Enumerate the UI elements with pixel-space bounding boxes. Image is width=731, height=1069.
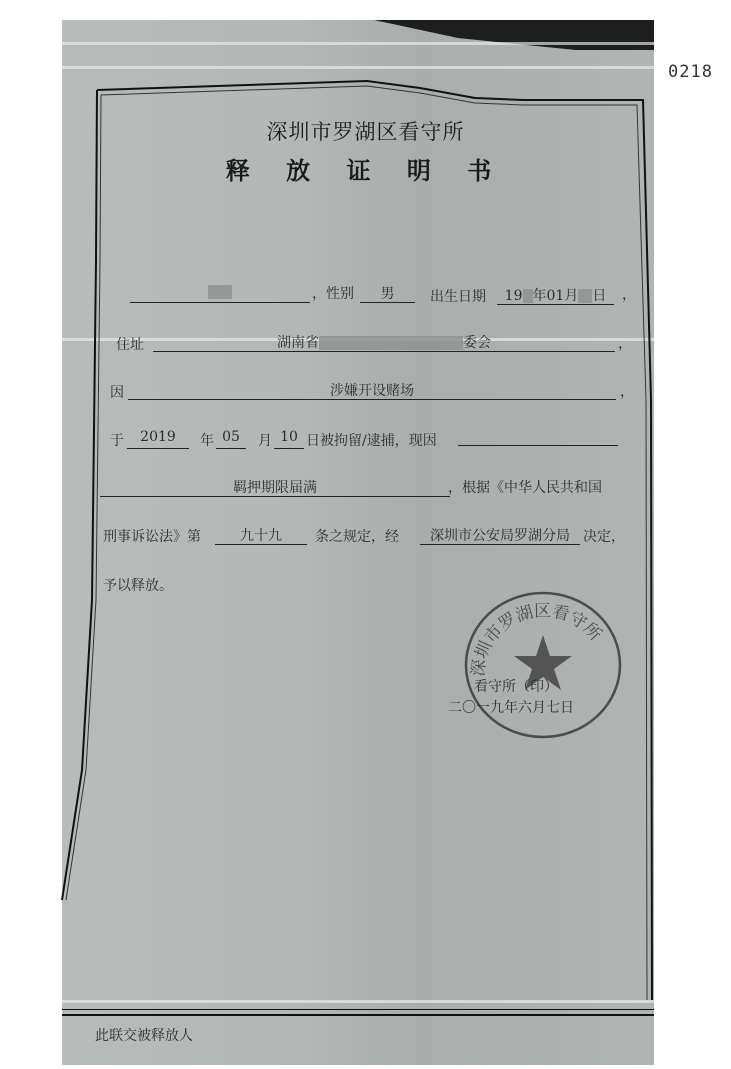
detained-day-underline xyxy=(274,448,304,449)
reason-underline xyxy=(128,399,616,400)
redacted-birth-year xyxy=(523,289,533,303)
current-reason-underline xyxy=(458,445,618,446)
address-underline xyxy=(153,351,615,352)
deciding-authority: 深圳市公安局罗湖分局 xyxy=(420,525,580,545)
issue-date: 二〇一九年六月七日 xyxy=(448,697,574,717)
gender-value: 男 xyxy=(360,283,415,303)
detained-prefix: 于 xyxy=(110,430,124,450)
gender-label: ，性别 xyxy=(312,283,354,303)
redacted-name xyxy=(208,285,232,299)
footer-divider xyxy=(62,1009,654,1010)
birth-date-value: 19年01月日 xyxy=(497,285,614,305)
release-reason-underline xyxy=(100,496,450,497)
comma: ， xyxy=(618,333,632,353)
comma: ， xyxy=(620,381,634,401)
birth-year-prefix: 19 xyxy=(505,288,523,304)
reason-value: 涉嫌开设赌场 xyxy=(128,380,616,400)
footer-divider xyxy=(62,1014,654,1016)
birth-day-suffix: 日 xyxy=(592,288,606,304)
detained-day: 10 xyxy=(274,429,304,445)
birth-month: 年01月 xyxy=(533,288,579,304)
document-title: 释 放 证 明 书 xyxy=(0,151,731,186)
article-underline xyxy=(215,544,307,545)
gender-underline xyxy=(360,302,415,303)
redacted-birth-day xyxy=(578,289,592,303)
article-number: 九十九 xyxy=(215,525,307,545)
authority-underline xyxy=(420,544,580,545)
month-label: 月 xyxy=(258,430,272,450)
address-province: 湖南省 xyxy=(277,335,319,351)
detained-year-underline xyxy=(127,448,189,449)
reason-label: 因 xyxy=(110,382,124,402)
release-statement: 予以释放。 xyxy=(103,575,173,595)
year-label: 年 xyxy=(200,430,214,450)
law-prefix: ，根据《中华人民共和国 xyxy=(448,477,602,497)
detained-suffix: 日被拘留/逮捕，现因 xyxy=(306,430,437,450)
article-suffix: 条之规定，经 xyxy=(315,526,399,546)
name-field xyxy=(130,284,310,300)
detained-month-underline xyxy=(216,448,246,449)
detained-month: 05 xyxy=(216,429,246,445)
institution-name: 深圳市罗湖区看守所 xyxy=(0,116,731,146)
issuer-label: 看守所（印） xyxy=(474,676,558,696)
decision-suffix: 决定， xyxy=(583,526,625,546)
address-label: 住址 xyxy=(116,334,144,354)
official-seal: 深圳市罗湖区看守所 xyxy=(463,590,623,740)
name-underline xyxy=(130,302,310,303)
birth-date-underline xyxy=(497,304,614,305)
redacted-address xyxy=(319,336,463,350)
copy-note: 此联交被释放人 xyxy=(95,1025,193,1045)
detained-year: 2019 xyxy=(127,429,189,445)
release-reason: 羁押期限届满 xyxy=(100,477,450,497)
law-name-end: 刑事诉讼法》第 xyxy=(103,526,201,546)
birth-date-label: 出生日期 xyxy=(430,286,486,306)
address-committee: 委会 xyxy=(463,335,491,351)
address-value: 湖南省委会 xyxy=(153,332,615,352)
comma: ， xyxy=(622,284,636,304)
